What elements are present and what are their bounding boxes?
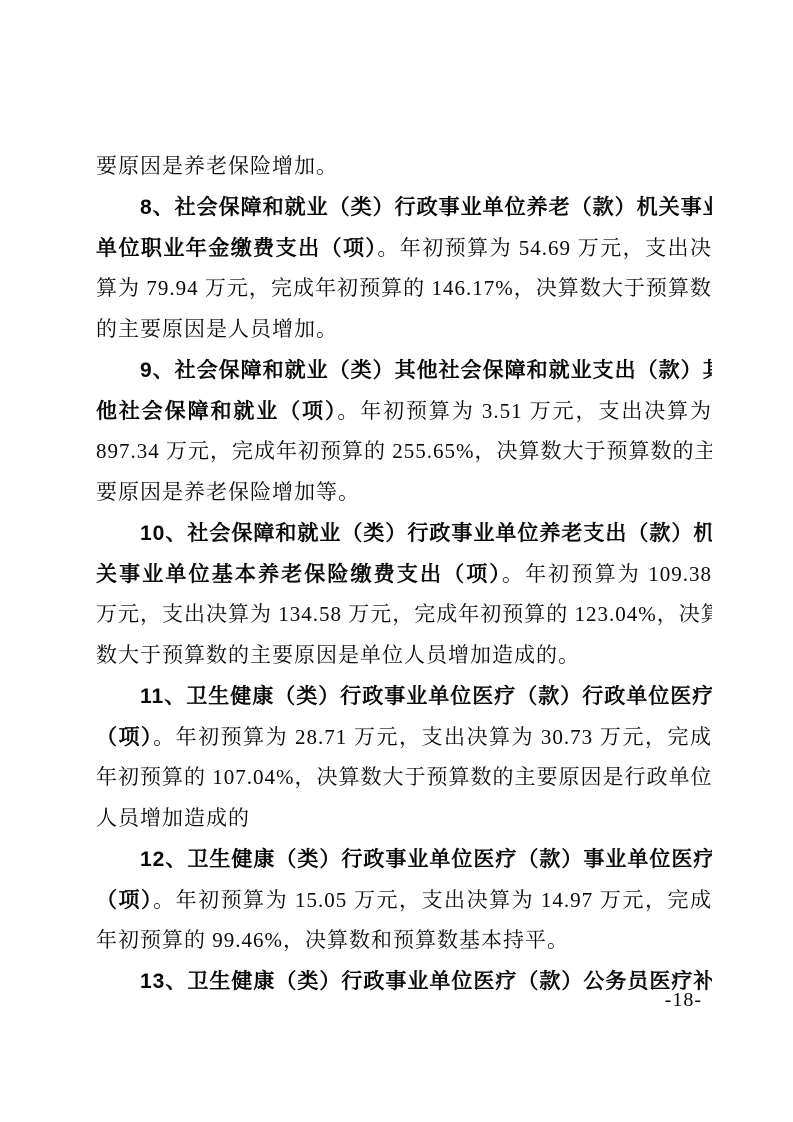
paragraph-item-12: 12、卫生健康（类）行政事业单位医疗（款）事业单位医疗（项）。年初预算为 15.… <box>96 839 712 961</box>
text-line: 897.34 万元，完成年初预算的 255.65%，决算数大于预算数的主 <box>96 431 712 472</box>
body-text-run: 要原因是养老保险增加等。 <box>96 480 360 504</box>
heading-text-run: 13、卫生健康（类）行政事业单位医疗（款）公务员医疗补 <box>140 970 712 993</box>
heading-text-run: （项） <box>96 889 153 912</box>
text-line: 万元，支出决算为 134.58 万元，完成年初预算的 123.04%，决算 <box>96 594 712 635</box>
body-text-run: 。年初预算为 109.38 <box>502 562 712 586</box>
body-text-run: 。年初预算为 28.71 万元，支出决算为 30.73 万元，完成 <box>153 725 712 749</box>
body-text-run: 人员增加造成的 <box>96 806 250 830</box>
heading-text-run: （项） <box>96 726 153 749</box>
body-text-run: 。年初预算为 54.69 万元，支出决 <box>377 236 712 260</box>
heading-text-run: 单位职业年金缴费支出（项） <box>96 237 377 260</box>
body-text-run: 要原因是养老保险增加。 <box>96 154 338 178</box>
paragraph-item-10: 10、社会保障和就业（类）行政事业单位养老支出（款）机关事业单位基本养老保险缴费… <box>96 513 712 676</box>
body-text-run: 算为 79.94 万元，完成年初预算的 146.17%，决算数大于预算数 <box>96 276 712 300</box>
body-text-run: 年初预算的 99.46%，决算数和预算数基本持平。 <box>96 928 569 952</box>
body-text-run: 数大于预算数的主要原因是单位人员增加造成的。 <box>96 643 580 667</box>
text-line: 他社会保障和就业（项）。年初预算为 3.51 万元，支出决算为 <box>96 391 712 432</box>
heading-text-run: 他社会保障和就业（项） <box>96 400 337 423</box>
text-line: 年初预算的 107.04%，决算数大于预算数的主要原因是行政单位 <box>96 757 712 798</box>
paragraph-item-8: 8、社会保障和就业（类）行政事业单位养老（款）机关事业单位职业年金缴费支出（项）… <box>96 187 712 350</box>
paragraph-item-13: 13、卫生健康（类）行政事业单位医疗（款）公务员医疗补 <box>96 961 712 1002</box>
document-page: 要原因是养老保险增加。8、社会保障和就业（类）行政事业单位养老（款）机关事业单位… <box>0 0 793 1122</box>
text-line: 人员增加造成的 <box>96 798 712 839</box>
text-line: 关事业单位基本养老保险缴费支出（项）。年初预算为 109.38 <box>96 554 712 595</box>
text-line: 年初预算的 99.46%，决算数和预算数基本持平。 <box>96 920 712 961</box>
text-line: 要原因是养老保险增加等。 <box>96 472 712 513</box>
text-line: 8、社会保障和就业（类）行政事业单位养老（款）机关事业 <box>96 187 712 228</box>
text-line: 算为 79.94 万元，完成年初预算的 146.17%，决算数大于预算数 <box>96 268 712 309</box>
text-line: 13、卫生健康（类）行政事业单位医疗（款）公务员医疗补 <box>96 961 712 1002</box>
body-text-run: 。年初预算为 3.51 万元，支出决算为 <box>337 399 712 423</box>
body-text-run: 897.34 万元，完成年初预算的 255.65%，决算数大于预算数的主 <box>96 439 712 463</box>
document-body: 要原因是养老保险增加。8、社会保障和就业（类）行政事业单位养老（款）机关事业单位… <box>96 146 712 1002</box>
text-line: 单位职业年金缴费支出（项）。年初预算为 54.69 万元，支出决 <box>96 228 712 269</box>
heading-text-run: 10、社会保障和就业（类）行政事业单位养老支出（款）机 <box>140 522 712 545</box>
paragraph-item-9: 9、社会保障和就业（类）其他社会保障和就业支出（款）其他社会保障和就业（项）。年… <box>96 350 712 513</box>
paragraph-continuation: 要原因是养老保险增加。 <box>96 146 712 187</box>
text-line: 9、社会保障和就业（类）其他社会保障和就业支出（款）其 <box>96 350 712 391</box>
page-number: -18- <box>665 988 702 1012</box>
text-line: （项）。年初预算为 28.71 万元，支出决算为 30.73 万元，完成 <box>96 717 712 758</box>
text-line: 要原因是养老保险增加。 <box>96 146 712 187</box>
text-line: （项）。年初预算为 15.05 万元，支出决算为 14.97 万元，完成 <box>96 880 712 921</box>
text-line: 11、卫生健康（类）行政事业单位医疗（款）行政单位医疗 <box>96 676 712 717</box>
heading-text-run: 11、卫生健康（类）行政事业单位医疗（款）行政单位医疗 <box>140 685 712 708</box>
heading-text-run: 关事业单位基本养老保险缴费支出（项） <box>96 563 502 586</box>
heading-text-run: 12、卫生健康（类）行政事业单位医疗（款）事业单位医疗 <box>140 848 712 871</box>
body-text-run: 万元，支出决算为 134.58 万元，完成年初预算的 123.04%，决算 <box>96 602 712 626</box>
text-line: 10、社会保障和就业（类）行政事业单位养老支出（款）机 <box>96 513 712 554</box>
text-line: 12、卫生健康（类）行政事业单位医疗（款）事业单位医疗 <box>96 839 712 880</box>
heading-text-run: 9、社会保障和就业（类）其他社会保障和就业支出（款）其 <box>140 359 712 382</box>
body-text-run: 。年初预算为 15.05 万元，支出决算为 14.97 万元，完成 <box>153 888 712 912</box>
body-text-run: 的主要原因是人员增加。 <box>96 317 338 341</box>
text-line: 数大于预算数的主要原因是单位人员增加造成的。 <box>96 635 712 676</box>
body-text-run: 年初预算的 107.04%，决算数大于预算数的主要原因是行政单位 <box>96 765 712 789</box>
heading-text-run: 8、社会保障和就业（类）行政事业单位养老（款）机关事业 <box>140 196 712 219</box>
paragraph-item-11: 11、卫生健康（类）行政事业单位医疗（款）行政单位医疗（项）。年初预算为 28.… <box>96 676 712 839</box>
text-line: 的主要原因是人员增加。 <box>96 309 712 350</box>
